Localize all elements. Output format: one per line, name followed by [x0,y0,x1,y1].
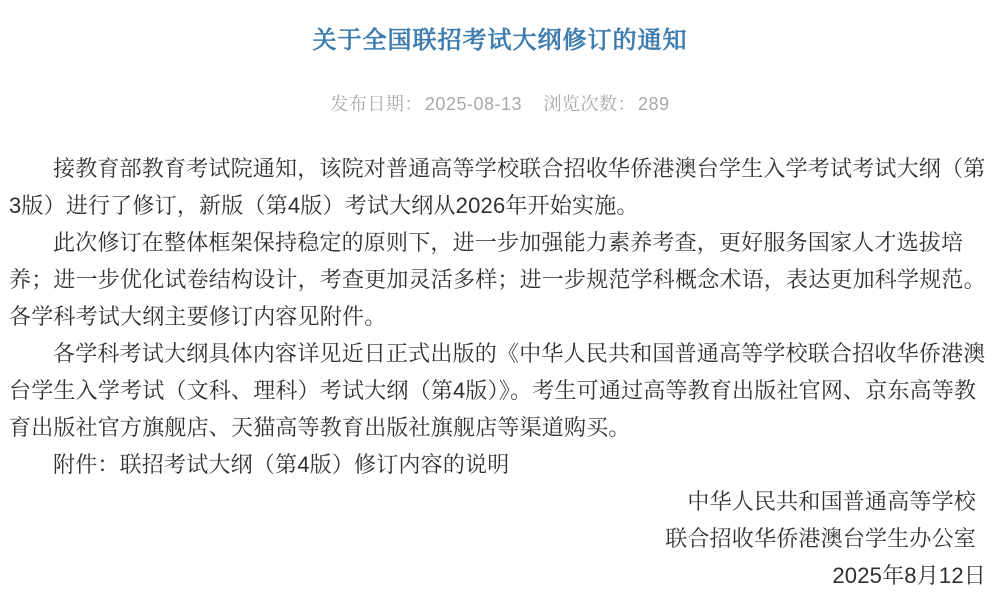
paragraph-1: 接教育部教育考试院通知，该院对普通高等学校联合招收华侨港澳台学生入学考试考试大纲… [9,150,991,224]
paragraph-3: 各学科考试大纲具体内容详见近日正式出版的《中华人民共和国普通高等学校联合招收华侨… [9,335,991,446]
views-label: 浏览次数： [544,94,637,114]
signature-block: 中华人民共和国普通高等学校 联合招收华侨港澳台学生办公室 2025年8月12日 [9,483,991,594]
notice-page: 关于全国联招考试大纲修订的通知 发布日期：2025-08-13 浏览次数：289… [0,0,1000,594]
views-value: 289 [638,94,670,114]
paragraph-2: 此次修订在整体框架保持稳定的原则下，进一步加强能力素养考查，更好服务国家人才选拔… [9,224,991,335]
publish-date-label: 发布日期： [330,94,423,114]
attachment-line: 附件：联招考试大纲（第4版）修订内容的说明 [9,446,991,483]
signature-date: 2025年8月12日 [9,557,986,594]
signature-org-line1: 中华人民共和国普通高等学校 [9,483,976,520]
signature-org-line2: 联合招收华侨港澳台学生办公室 [9,520,976,557]
notice-body: 接教育部教育考试院通知，该院对普通高等学校联合招收华侨港澳台学生入学考试考试大纲… [0,150,1000,594]
notice-meta: 发布日期：2025-08-13 浏览次数：289 [0,93,1000,115]
views-group: 浏览次数：289 [544,94,670,114]
publish-date-value: 2025-08-13 [425,94,522,114]
publish-date-group: 发布日期：2025-08-13 [330,94,522,114]
page-title: 关于全国联招考试大纲修订的通知 [0,0,1000,56]
